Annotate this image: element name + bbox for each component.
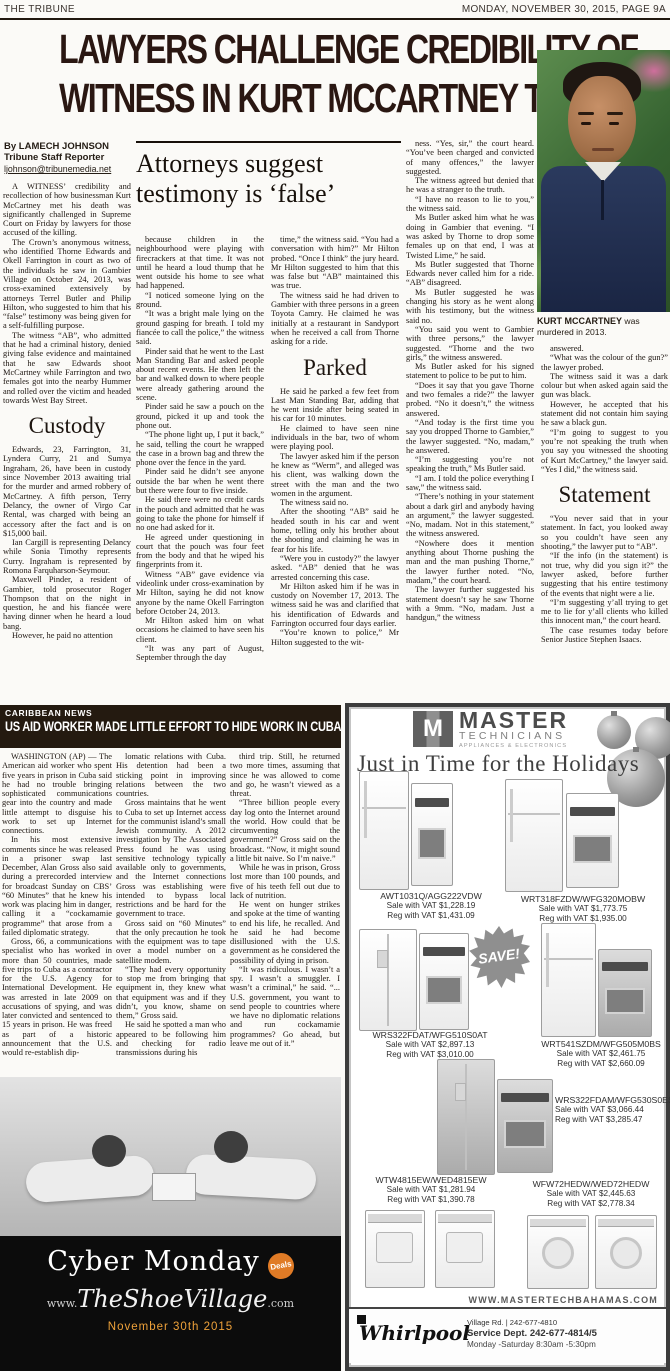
paragraph: “I’m suggesting y’all trying to get me t…	[541, 598, 668, 626]
cuba-column-3-text: third trip. Still, he returned two more …	[230, 752, 340, 1048]
column-3-parked: He said he parked a few feet from Last M…	[271, 387, 399, 647]
paragraph: “It was a bright male lying on the groun…	[136, 309, 264, 346]
shoe-village-logo: www.TheShoeVillage.com	[0, 1285, 341, 1313]
product-4-caption: WRT541SZDM/WFG505M0BS Sale with VAT $2,4…	[537, 1039, 665, 1070]
product-reg-price: Reg with VAT $1,390.78	[353, 1195, 509, 1205]
paragraph: Ms Butler suggested that Thorne Edwards …	[406, 260, 534, 288]
paragraph: Maxwell Pinder, a resident of Gambier, t…	[3, 575, 131, 631]
paragraph: Pinder said he didn’t see anyone outside…	[136, 467, 264, 495]
product-reg-price: Reg with VAT $1,431.09	[351, 911, 511, 921]
subhead-custody: Custody	[3, 413, 131, 439]
paragraph: “I noticed someone lying on the ground.	[136, 291, 264, 310]
paragraph: However, he paid no attention	[3, 631, 131, 640]
product-sale-price: Sale with VAT $2,897.13	[351, 1040, 509, 1050]
product-reg-price: Reg with VAT $2,778.34	[515, 1199, 667, 1209]
product-1-caption: AWT1031Q/AGG222VDW Sale with VAT $1,228.…	[351, 891, 511, 922]
deals-badge: Deals	[266, 1251, 296, 1281]
save-badge-label: SAVE!	[467, 944, 531, 968]
paragraph: However, he accepted that his statement …	[541, 400, 668, 428]
article-column-4: ness. “Yes, sir,” the court heard. “You’…	[406, 139, 534, 703]
main-headline-line2: WITNESS IN KURT MCCARTNEY TRIAL	[59, 74, 479, 123]
photo-eye	[609, 122, 619, 125]
shoe-ad-photo	[0, 1077, 341, 1236]
ad-service-phone: Service Dept. 242-677-4814/5	[467, 1328, 659, 1339]
paragraph: because children in the neighbourhood we…	[136, 235, 264, 291]
ad-hours: Monday -Saturday 8:30am -5:30pm	[467, 1339, 659, 1350]
master-brand2: TECHNICIANS	[459, 731, 568, 742]
photo-brow	[578, 112, 594, 115]
column-3-top: time,” the witness said. “You had a conv…	[271, 235, 399, 347]
byline-block: By LAMECH JOHNSON Tribune Staff Reporter…	[4, 141, 131, 175]
product-sale-price: Sale with VAT $3,066.44	[555, 1105, 667, 1115]
product-2-caption: WRT318FZDW/WFG320MOBW Sale with VAT $1,7…	[499, 894, 667, 925]
fridge-image	[541, 923, 596, 1037]
photo-brow	[607, 112, 623, 115]
paragraph: A WITNESS’ credibility and recollection …	[3, 182, 131, 238]
paragraph: Edwards, 23, Farrington, 31, Lyndera Cur…	[3, 445, 131, 538]
paragraph: answered.	[541, 344, 668, 353]
paragraph: He said he spotted a man who appeared to…	[116, 1020, 226, 1057]
cuba-column-3: third trip. Still, he returned two more …	[230, 752, 340, 1074]
paragraph: “You never said that in your statement. …	[541, 514, 668, 551]
column-1-intro: A WITNESS’ credibility and recollection …	[3, 182, 131, 405]
masthead-rule	[0, 18, 670, 20]
paragraph: WASHINGTON (AP) — The American aid worke…	[2, 752, 112, 835]
product-model: WRS322FDAT/WFG510S0AT	[351, 1030, 509, 1040]
front-load-washer-image	[527, 1215, 589, 1289]
paragraph: Pinder said he saw a pouch on the ground…	[136, 402, 264, 430]
paragraph: He agreed under questioning in court tha…	[136, 533, 264, 570]
product-model: WRT318FZDW/WFG320MOBW	[499, 894, 667, 904]
steel-side-by-side-fridge-image	[437, 1059, 495, 1175]
column-4-text: ness. “Yes, sir,” the court heard. “You’…	[406, 139, 534, 622]
photo-laptop	[152, 1173, 196, 1201]
caribbean-kicker: CARIBBEAN NEWS	[5, 708, 336, 718]
paragraph: “I’m going to suggest to you you’re not …	[541, 428, 668, 474]
photo-figure-body	[185, 1154, 317, 1201]
photo-figure-head	[92, 1135, 126, 1167]
paragraph: “Were you in custody?” the lawyer asked.…	[271, 554, 399, 582]
main-headline-line1: LAWYERS CHALLENGE CREDIBILITY OF	[59, 25, 479, 74]
paragraph: Ms Butler asked for his signed statement…	[406, 362, 534, 381]
shoe-ad-date: November 30th 2015	[0, 1321, 341, 1333]
paragraph: The lawyer asked him if the person he kn…	[271, 452, 399, 498]
paragraph: Mr Hilton asked him if he was in custody…	[271, 582, 399, 628]
top-load-washer-image	[365, 1210, 425, 1288]
ad-contact-info: Village Rd. | 242-677-4810 Service Dept.…	[467, 1317, 659, 1350]
paragraph: After the shooting “AB” said he headed s…	[271, 507, 399, 553]
product-reg-price: Reg with VAT $3,285.47	[555, 1115, 667, 1125]
paragraph: The witness said it was a dark colour bu…	[541, 372, 668, 400]
paragraph: “You said you went to Gambier with three…	[406, 325, 534, 362]
shoe-village-ad: Cyber MondayDeals www.TheShoeVillage.com…	[0, 1236, 341, 1371]
caribbean-news-banner: CARIBBEAN NEWS US AID WORKER MADE LITTLE…	[0, 705, 341, 748]
paragraph: “If the info (in the statement) is not t…	[541, 551, 668, 597]
ad-address-phone: Village Rd. | 242-677-4810	[467, 1317, 659, 1328]
paragraph: “It was ridiculous. I wasn’t a spy. I wa…	[230, 965, 340, 1048]
paragraph: The witness “AB”, who admitted that he h…	[3, 331, 131, 405]
masthead-date-page: MONDAY, NOVEMBER 30, 2015, PAGE 9A	[462, 4, 666, 15]
product-sale-price: Sale with VAT $2,461.75	[537, 1049, 665, 1059]
product-model: AWT1031Q/AGG222VDW	[351, 891, 511, 901]
paragraph: Witness “AB” gave evidence via videolink…	[136, 570, 264, 616]
newspaper-page: THE TRIBUNE MONDAY, NOVEMBER 30, 2015, P…	[0, 0, 670, 1371]
whirlpool-footer-bar: Whirlpool Village Rd. | 242-677-4810 Ser…	[349, 1307, 666, 1363]
front-load-dryer-image	[595, 1215, 657, 1289]
byline-role: Tribune Staff Reporter	[4, 152, 131, 163]
master-brand: MASTER	[459, 709, 568, 731]
paragraph: “Nowhere does it mention anything about …	[406, 539, 534, 585]
paragraph: In his most extensive comments since he …	[2, 835, 112, 937]
paragraph: “What was the colour of the gun?” the la…	[541, 353, 668, 372]
save-starburst-badge: SAVE!	[468, 926, 530, 988]
whirlpool-mark-icon	[357, 1315, 366, 1324]
shoe-village-brand: TheShoeVillage	[77, 1285, 267, 1313]
paragraph: Pinder said that he went to the Last Man…	[136, 347, 264, 403]
box-subheadline: Attorneys suggest testimony is ‘false’	[136, 141, 401, 240]
paragraph: “The phone light up, I put it back,” he …	[136, 430, 264, 467]
paragraph: The case resumes today before Senior Jus…	[541, 626, 668, 645]
paragraph: “It was any part of August, September th…	[136, 644, 264, 663]
side-by-side-fridge-image	[359, 929, 417, 1031]
paragraph: “I’m suggesting you’re not speaking the …	[406, 455, 534, 474]
fridge-image	[505, 779, 563, 892]
main-headline: LAWYERS CHALLENGE CREDIBILITY OF WITNESS…	[0, 25, 538, 123]
product-sale-price: Sale with VAT $2,445.63	[515, 1189, 667, 1199]
whirlpool-logo: Whirlpool	[359, 1321, 470, 1345]
paragraph: He claimed to have seen nine individuals…	[271, 424, 399, 452]
url-prefix: www.	[47, 1297, 77, 1310]
product-7-caption: WFW72HEDW/WED72HEDW Sale with VAT $2,445…	[515, 1179, 667, 1210]
steel-range-image	[598, 949, 652, 1037]
paragraph: He said he parked a few feet from Last M…	[271, 387, 399, 424]
top-load-dryer-image	[435, 1210, 495, 1288]
paragraph: The witness said he had driven to Gambie…	[271, 291, 399, 347]
paragraph: “There’s nothing in your statement about…	[406, 492, 534, 538]
paragraph: ness. “Yes, sir,” the court heard. “You’…	[406, 139, 534, 176]
cuba-column-1-text: WASHINGTON (AP) — The American aid worke…	[2, 752, 112, 1057]
paragraph: The witness said no.	[271, 498, 399, 507]
article-column-1: A WITNESS’ credibility and recollection …	[3, 182, 131, 703]
cuba-column-1: WASHINGTON (AP) — The American aid worke…	[2, 752, 112, 1074]
photo-caption-name: KURT MCCARTNEY	[537, 316, 622, 326]
paragraph: The lawyer further suggested his stateme…	[406, 585, 534, 622]
paragraph: Gross maintains that he went to Cuba to …	[116, 798, 226, 918]
steel-range-image	[497, 1079, 553, 1173]
paragraph: “And today is the first time you say you…	[406, 418, 534, 455]
url-suffix: .com	[267, 1297, 294, 1310]
paragraph: time,” the witness said. “You had a conv…	[271, 235, 399, 291]
column-1-custody: Edwards, 23, Farrington, 31, Lyndera Cur…	[3, 445, 131, 640]
byline-author: By LAMECH JOHNSON	[4, 141, 131, 152]
whirlpool-wordmark: Whirlpool	[359, 1321, 470, 1345]
product-3-caption: WRS322FDAT/WFG510S0AT Sale with VAT $2,8…	[351, 1030, 509, 1061]
product-sale-price: Sale with VAT $1,228.19	[351, 901, 511, 911]
product-model: WTW4815EW/WED4815EW	[353, 1175, 509, 1185]
product-sale-price: Sale with VAT $1,773.75	[499, 904, 667, 914]
master-logo-icon: M	[413, 711, 453, 747]
product-model: WFW72HEDW/WED72HEDW	[515, 1179, 667, 1189]
paragraph: third trip. Still, he returned two more …	[230, 752, 340, 798]
master-technicians-ad: M MASTER TECHNICIANS APPLIANCES & ELECTR…	[345, 703, 670, 1371]
photo-placket	[601, 180, 604, 220]
range-image	[411, 783, 453, 886]
column-5-top: answered.“What was the colour of the gun…	[541, 344, 668, 474]
masthead-paper-name: THE TRIBUNE	[4, 4, 75, 15]
paragraph: “You’re known to police,” Mr Hilton sugg…	[271, 628, 399, 647]
photo-figure-head	[214, 1131, 248, 1163]
paragraph: While he was in prison, Gross lost more …	[230, 863, 340, 900]
range-image	[566, 793, 619, 888]
master-logo-text: MASTER TECHNICIANS APPLIANCES & ELECTRON…	[459, 709, 568, 750]
photo-caption: KURT MCCARTNEY was murdered in 2013.	[537, 316, 670, 337]
product-6-caption: WTW4815EW/WED4815EW Sale with VAT $1,281…	[353, 1175, 509, 1206]
cuba-headline: US AID WORKER MADE LITTLE EFFORT TO HIDE…	[5, 719, 276, 734]
cyber-monday-title: Cyber Monday	[47, 1246, 260, 1277]
paragraph: “They had every opportunity to stop me f…	[116, 965, 226, 1021]
master-tagline: APPLIANCES & ELECTRONICS	[459, 742, 568, 750]
subhead-statement: Statement	[541, 482, 668, 508]
paragraph: “Three billion people every day log onto…	[230, 798, 340, 863]
photo-figure-body	[25, 1155, 155, 1204]
subhead-parked: Parked	[271, 355, 399, 381]
photo-mouth	[592, 148, 614, 151]
ornament-cap-icon	[611, 711, 617, 716]
cuba-column-2: lomatic relations with Cuba. His detenti…	[116, 752, 226, 1074]
product-sale-price: Sale with VAT $1,281.94	[353, 1185, 509, 1195]
paragraph: “I have no reason to lie to you,” the wi…	[406, 195, 534, 214]
article-column-5: answered.“What was the colour of the gun…	[541, 344, 668, 703]
cuba-column-2-text: lomatic relations with Cuba. His detenti…	[116, 752, 226, 1057]
paragraph: Ms Butler suggested he was changing his …	[406, 288, 534, 325]
fridge-image	[359, 771, 409, 890]
photo-eye	[581, 122, 591, 125]
article-column-3: time,” the witness said. “You had a conv…	[271, 235, 399, 703]
paragraph: “Does it say that you gave Thorne and tw…	[406, 381, 534, 418]
ornament-ball-icon	[597, 715, 631, 749]
product-model: WRT541SZDM/WFG505M0BS	[537, 1039, 665, 1049]
product-reg-price: Reg with VAT $2,660.09	[537, 1059, 665, 1069]
column-5-statement: “You never said that in your statement. …	[541, 514, 668, 644]
paragraph: Gross said on “60 Minutes” that the only…	[116, 919, 226, 965]
range-image	[419, 933, 469, 1030]
column-2-text: because children in the neighbourhood we…	[136, 235, 264, 663]
paragraph: The witness agreed but denied that he wa…	[406, 176, 534, 195]
paragraph: Mr Hilton asked him on what occasions he…	[136, 616, 264, 644]
product-model: WRS322FDAM/WFG530S0ES	[555, 1095, 667, 1105]
byline-email: ljohnson@tribunemedia.net	[4, 163, 131, 175]
paragraph: lomatic relations with Cuba. His detenti…	[116, 752, 226, 798]
paragraph: Gross, 66, a communications specialist w…	[2, 937, 112, 1057]
article-column-2: because children in the neighbourhood we…	[136, 235, 264, 703]
paragraph: Ms Butler asked him what he was doing in…	[406, 213, 534, 259]
ad-website: WWW.MASTERTECHBAHAMAS.COM	[469, 1295, 658, 1305]
paragraph: He said there were no credit cards in th…	[136, 495, 264, 532]
paragraph: “I am. I told the police everything I sa…	[406, 474, 534, 493]
paragraph: The Crown’s anonymous witness, who ident…	[3, 238, 131, 331]
kurt-mccartney-photo	[537, 50, 670, 312]
product-5-caption: WRS322FDAM/WFG530S0ES Sale with VAT $3,0…	[555, 1095, 667, 1126]
paragraph: Ian Cargill is representing Delancy whil…	[3, 538, 131, 575]
paragraph: He went on hunger strikes and spoke at t…	[230, 900, 340, 965]
